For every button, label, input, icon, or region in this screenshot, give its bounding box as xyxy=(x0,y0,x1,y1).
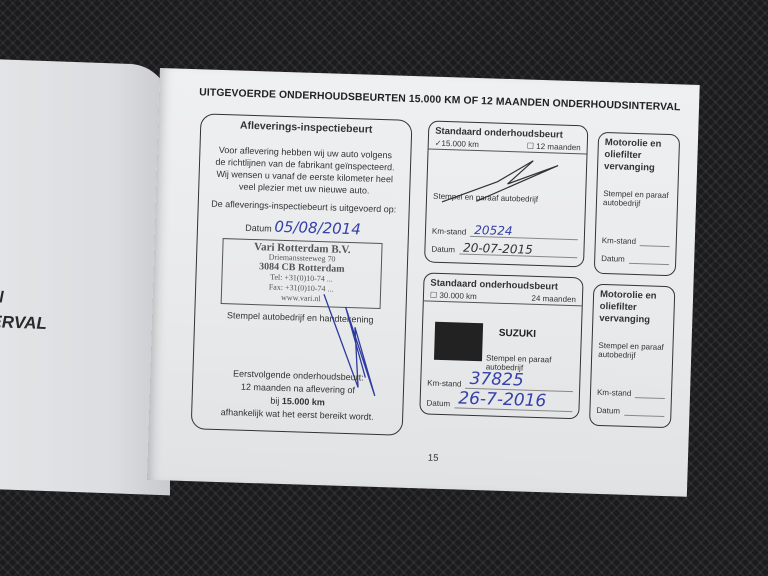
option-km: ✓15.000 km xyxy=(435,139,479,149)
km-field: Km-stand xyxy=(602,233,670,247)
km-line: 20524 xyxy=(470,225,578,240)
delivery-paragraph: Voor aflevering hebben wij uw auto volge… xyxy=(199,143,410,198)
km-value: 20524 xyxy=(474,223,513,238)
km-label: Km-stand xyxy=(427,379,462,389)
delivery-date-row: Datum 05/08/2014 xyxy=(198,215,408,240)
page-title: UITGEVOERDE ONDERHOUDSBEURTEN 15.000 KM … xyxy=(199,87,680,113)
left-page-heading: EN TERVAL xyxy=(0,284,47,336)
option-km-label: 15.000 km xyxy=(441,139,479,149)
option-months: 24 maanden xyxy=(531,294,576,304)
oil-box-1: Motorolie en oliefilter vervanging Stemp… xyxy=(594,132,680,277)
suzuki-logo-text: SUZUKI xyxy=(499,328,537,340)
oil-box-2: Motorolie en oliefilter vervanging Stemp… xyxy=(589,284,675,429)
date-line xyxy=(629,252,670,265)
option-months-label: 12 maanden xyxy=(536,142,581,152)
km-label: Km-stand xyxy=(597,388,632,398)
next-km: 15.000 km xyxy=(282,396,325,407)
executed-label: De afleverings-inspectiebeurt is uitgevo… xyxy=(199,197,409,216)
date-field: Datum xyxy=(596,403,664,417)
date-field: Datum 26-7-2016 xyxy=(426,396,572,413)
heading-line: TERVAL xyxy=(0,309,47,336)
date-line xyxy=(624,404,665,417)
page-number: 15 xyxy=(428,453,439,464)
option-months-label: 24 maanden xyxy=(531,294,576,304)
dealer-stamp-image xyxy=(434,322,483,361)
heading-line: EN xyxy=(0,284,47,311)
next-prefix: bij xyxy=(270,396,279,406)
delivery-heading: Afleverings-inspectiebeurt xyxy=(201,118,411,140)
date-value: 26-7-2016 xyxy=(458,389,547,412)
km-label: Km-stand xyxy=(602,236,637,246)
oil-heading: Motorolie en oliefilter vervanging xyxy=(598,133,679,175)
delivery-inspection-box: Afleverings-inspectiebeurt Voor afleveri… xyxy=(191,113,413,436)
service-box-2: Standaard onderhoudsbeurt ☐ 30.000 km 24… xyxy=(419,272,583,419)
km-field: Km-stand 20524 xyxy=(432,224,578,241)
km-line xyxy=(635,386,665,399)
option-km: ☐ 30.000 km xyxy=(430,291,477,301)
date-value: 20-07-2015 xyxy=(463,241,533,257)
date-label: Datum xyxy=(431,245,455,255)
stamp-label: Stempel en paraaf autobedrijf xyxy=(598,341,669,361)
date-value: 05/08/2014 xyxy=(274,218,361,239)
stamp-label: Stempel en paraaf autobedrijf xyxy=(603,189,674,209)
date-line: 26-7-2016 xyxy=(454,396,573,412)
date-line: 20-07-2015 xyxy=(459,242,578,258)
date-label: Datum xyxy=(245,223,272,234)
date-label: Datum xyxy=(426,399,450,409)
date-field: Datum xyxy=(601,251,669,265)
left-page: EN TERVAL xyxy=(0,59,170,496)
service-box-1: Standaard onderhoudsbeurt ✓15.000 km ☐ 1… xyxy=(424,120,588,267)
km-line xyxy=(640,234,670,247)
km-label: Km-stand xyxy=(432,227,467,237)
km-value: 37825 xyxy=(469,369,524,391)
option-months: ☐ 12 maanden xyxy=(527,142,581,153)
next-service-info: Eerstvolgende onderhoudsbeurt: 12 maande… xyxy=(192,366,404,425)
option-km-label: 30.000 km xyxy=(439,291,477,301)
oil-heading: Motorolie en oliefilter vervanging xyxy=(593,285,674,327)
date-label: Datum xyxy=(596,406,620,416)
date-field: Datum 20-07-2015 xyxy=(431,242,577,259)
date-label: Datum xyxy=(601,254,625,264)
right-page: UITGEVOERDE ONDERHOUDSBEURTEN 15.000 KM … xyxy=(147,68,700,497)
km-field: Km-stand xyxy=(597,385,665,399)
